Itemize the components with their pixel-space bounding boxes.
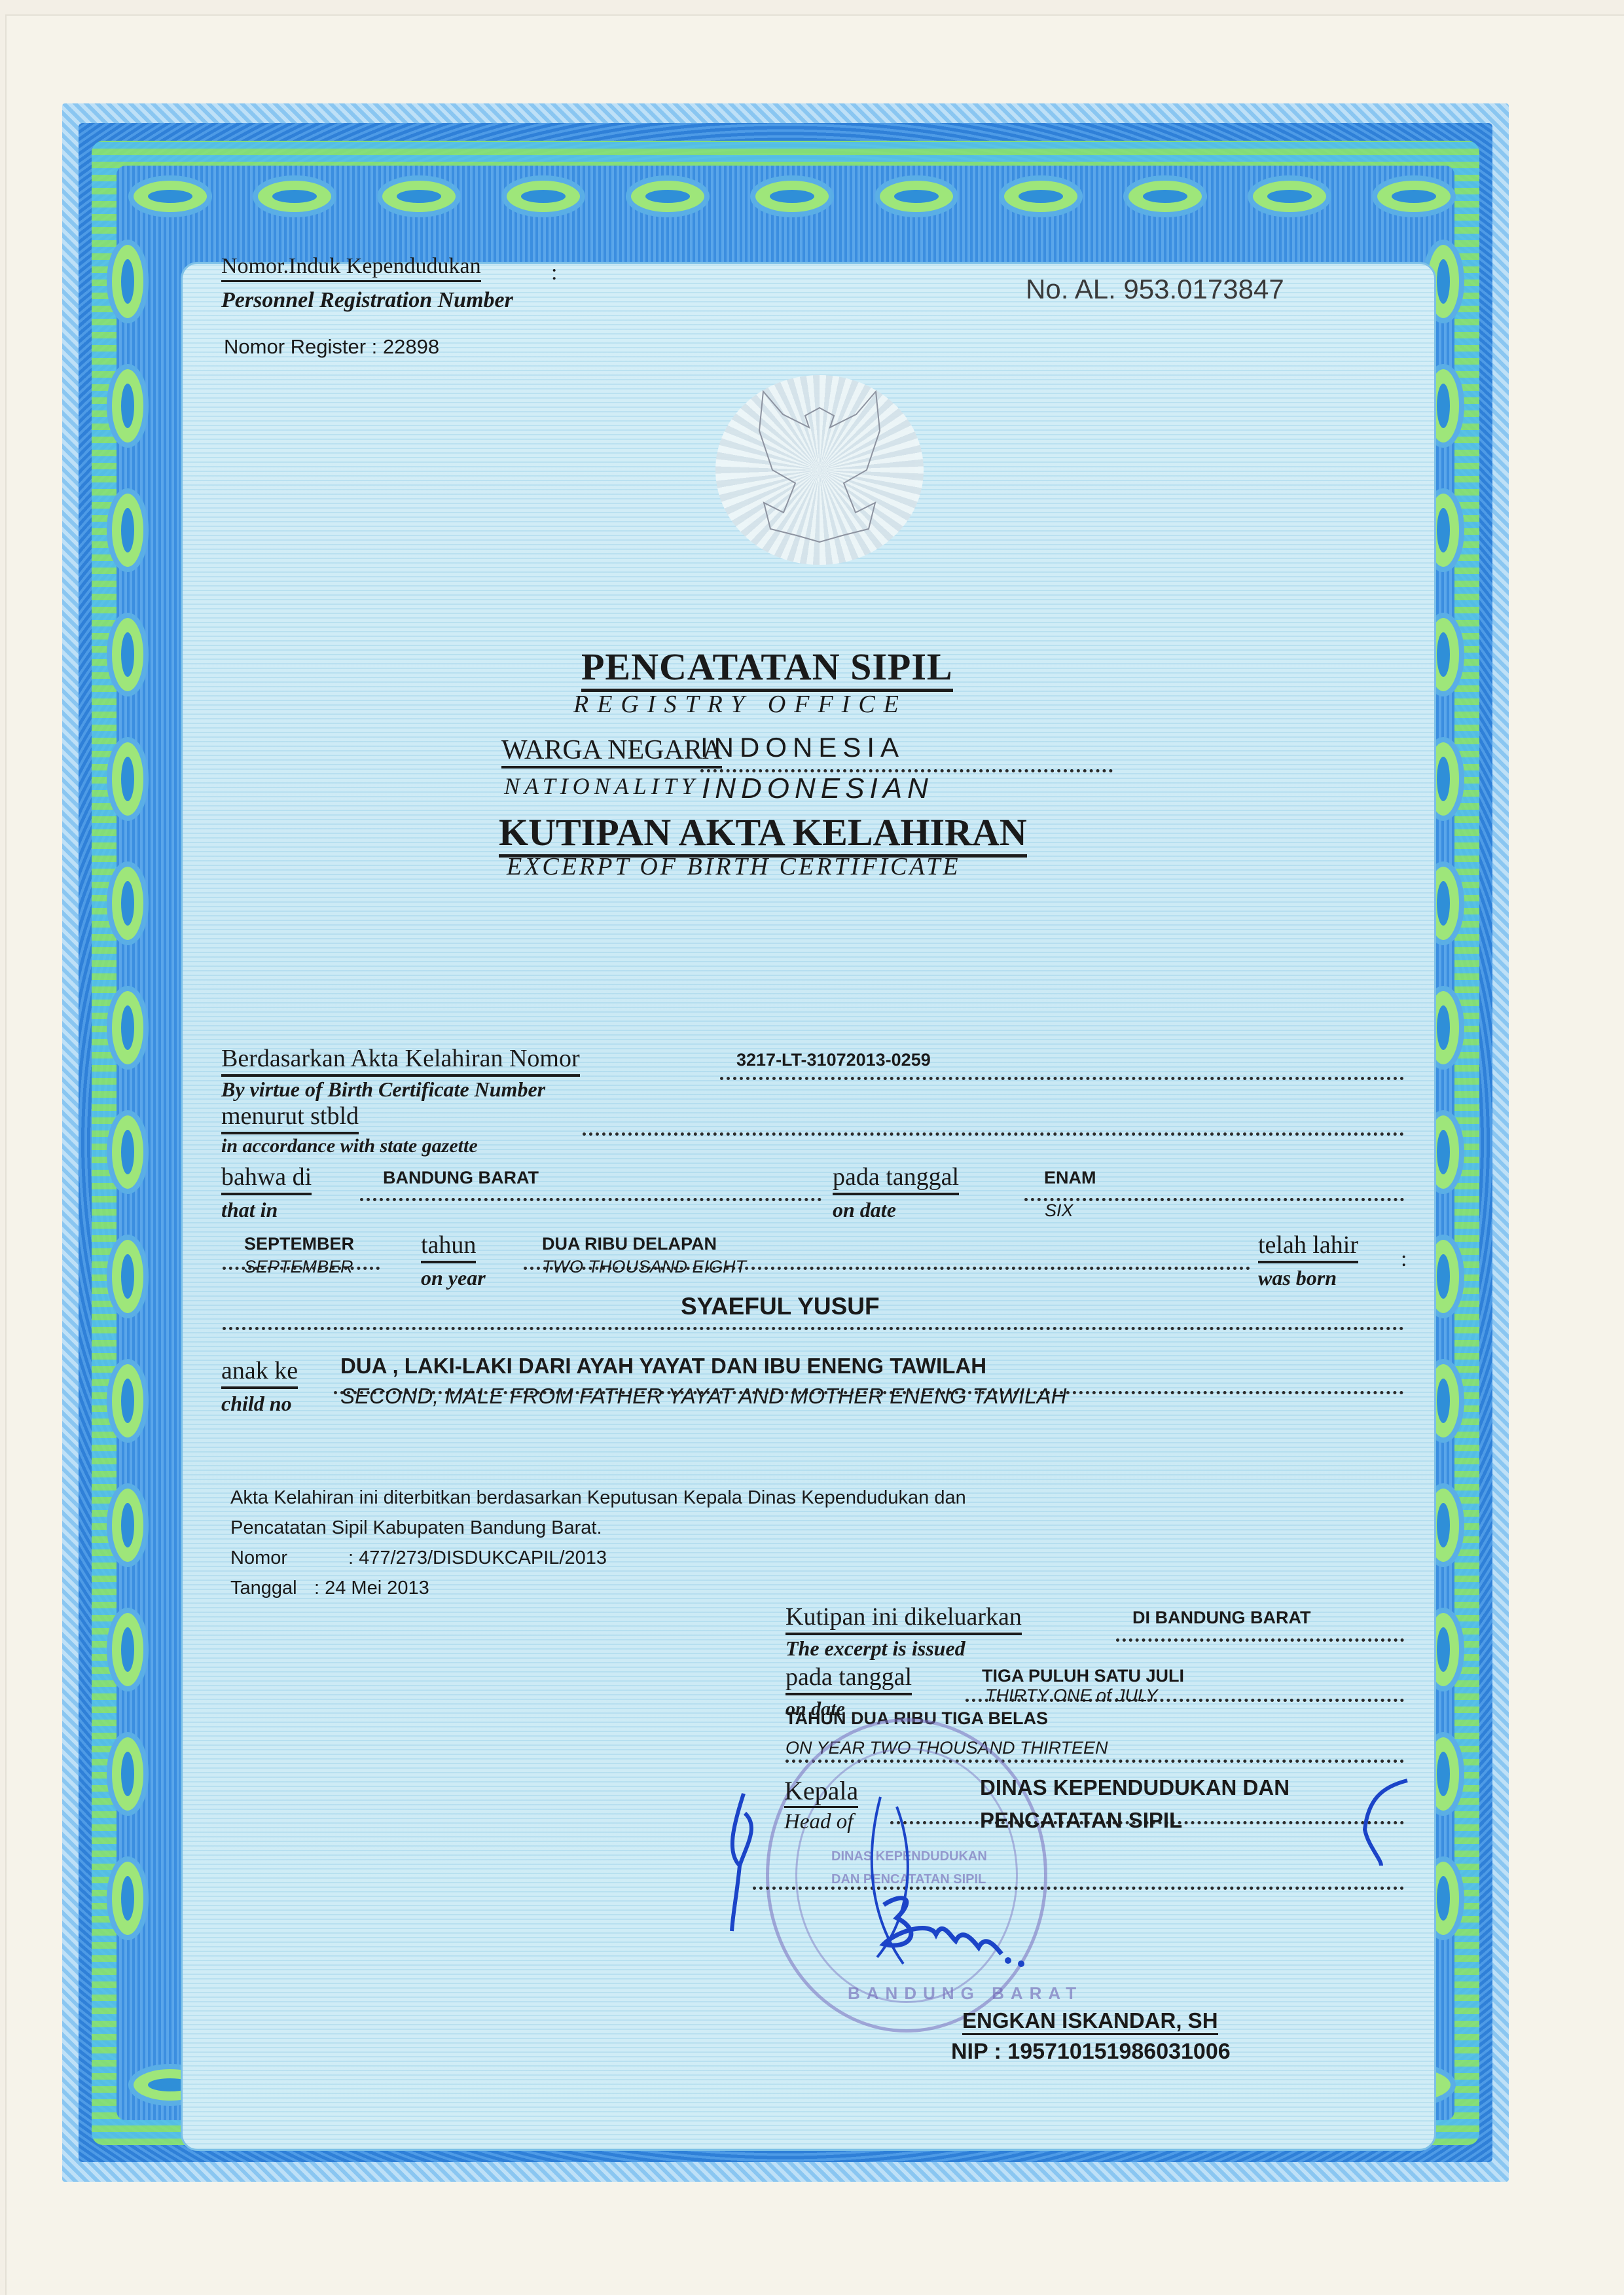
nik-colon: : [551,261,557,285]
issued-place-value: DI BANDUNG BARAT [1132,1608,1310,1628]
birth-date-label-en: on date [833,1198,896,1222]
office-title: PENCATATAN SIPIL [581,645,953,692]
child-name: SYAEFUL YUSUF [681,1293,880,1320]
official-nip: NIP : 195710151986031006 [951,2039,1231,2065]
child-name-dots [223,1327,1404,1330]
place-value: BANDUNG BARAT [383,1168,539,1188]
signature-icon [720,1767,1440,2003]
decree-line-2: Pencatatan Sipil Kabupaten Bandung Barat… [230,1517,602,1539]
decree-date-label: Tanggal [230,1578,297,1599]
official-name: ENGKAN ISKANDAR, SH [962,2008,1218,2035]
birth-month-value: SEPTEMBER [244,1234,354,1254]
issued-label: Kutipan ini dikeluarkan [785,1602,1022,1635]
place-dots [360,1198,821,1201]
born-colon: : [1401,1247,1407,1272]
document-title-en: EXCERPT OF BIRTH CERTIFICATE [507,852,961,881]
stbld-label-en: in accordance with state gazette [221,1135,478,1157]
birth-year-value-en: TWO THOUSAND EIGHT [542,1257,746,1277]
child-no-value-en: SECOND, MALE FROM FATHER YAYAT AND MOTHE… [340,1384,1066,1409]
child-no-label: anak ke [221,1356,298,1389]
born-label-en: was born [1258,1266,1337,1290]
decree-number-label: Nomor [230,1547,287,1569]
decree-number-value: : 477/273/DISDUKCAPIL/2013 [348,1547,607,1569]
place-label-en: that in [221,1198,278,1222]
birth-year-value: DUA RIBU DELAPAN [542,1234,717,1254]
birth-date-value: ENAM [1044,1168,1096,1188]
nationality-value-en: INDONESIAN [702,772,933,805]
stbld-label: menurut stbld [221,1102,359,1134]
issued-date-label: pada tanggal [785,1663,912,1695]
birth-year-label: tahun [421,1231,476,1263]
decree-line-1: Akta Kelahiran ini diterbitkan berdasark… [230,1487,966,1509]
nationality-value: INDONESIA [700,732,905,763]
cert-number-label: Berdasarkan Akta Kelahiran Nomor [221,1044,580,1077]
child-no-value: DUA , LAKI-LAKI DARI AYAH YAYAT DAN IBU … [340,1354,986,1379]
nationality-label-en: NATIONALITY [504,772,699,800]
cert-number-dots [720,1077,1404,1080]
birth-date-label: pada tanggal [833,1163,959,1195]
decree-date-value: : 24 Mei 2013 [314,1578,429,1599]
birth-year-label-en: on year [421,1266,486,1290]
issued-label-en: The excerpt is issued [785,1636,965,1661]
cert-number-value: 3217-LT-31072013-0259 [736,1050,931,1070]
child-no-label-en: child no [221,1392,292,1416]
nik-label: Nomor.Induk Kependudukan [221,254,481,282]
place-label: bahwa di [221,1163,312,1195]
stbld-dots [583,1132,1404,1136]
issued-place-dots [1116,1638,1404,1642]
garuda-emblem-icon [715,375,924,565]
serial-number: No. AL. 953.0173847 [1026,274,1284,305]
birth-date-value-en: SIX [1045,1201,1074,1221]
nik-label-en: Personnel Registration Number [221,288,513,313]
issued-date-value: TIGA PULUH SATU JULI [982,1666,1184,1686]
office-title-en: REGISTRY OFFICE [573,690,907,719]
issued-date-value-en: THIRTY ONE of JULY [985,1686,1158,1706]
born-label: telah lahir [1258,1231,1358,1263]
nationality-label: WARGA NEGARA [501,734,722,768]
document-title: KUTIPAN AKTA KELAHIRAN [499,810,1027,858]
birth-date-dots [1024,1198,1404,1201]
birth-month-value-en: SEPTEMBER [244,1257,353,1277]
cert-number-label-en: By virtue of Birth Certificate Number [221,1077,545,1102]
register-number: Nomor Register : 22898 [224,335,439,359]
